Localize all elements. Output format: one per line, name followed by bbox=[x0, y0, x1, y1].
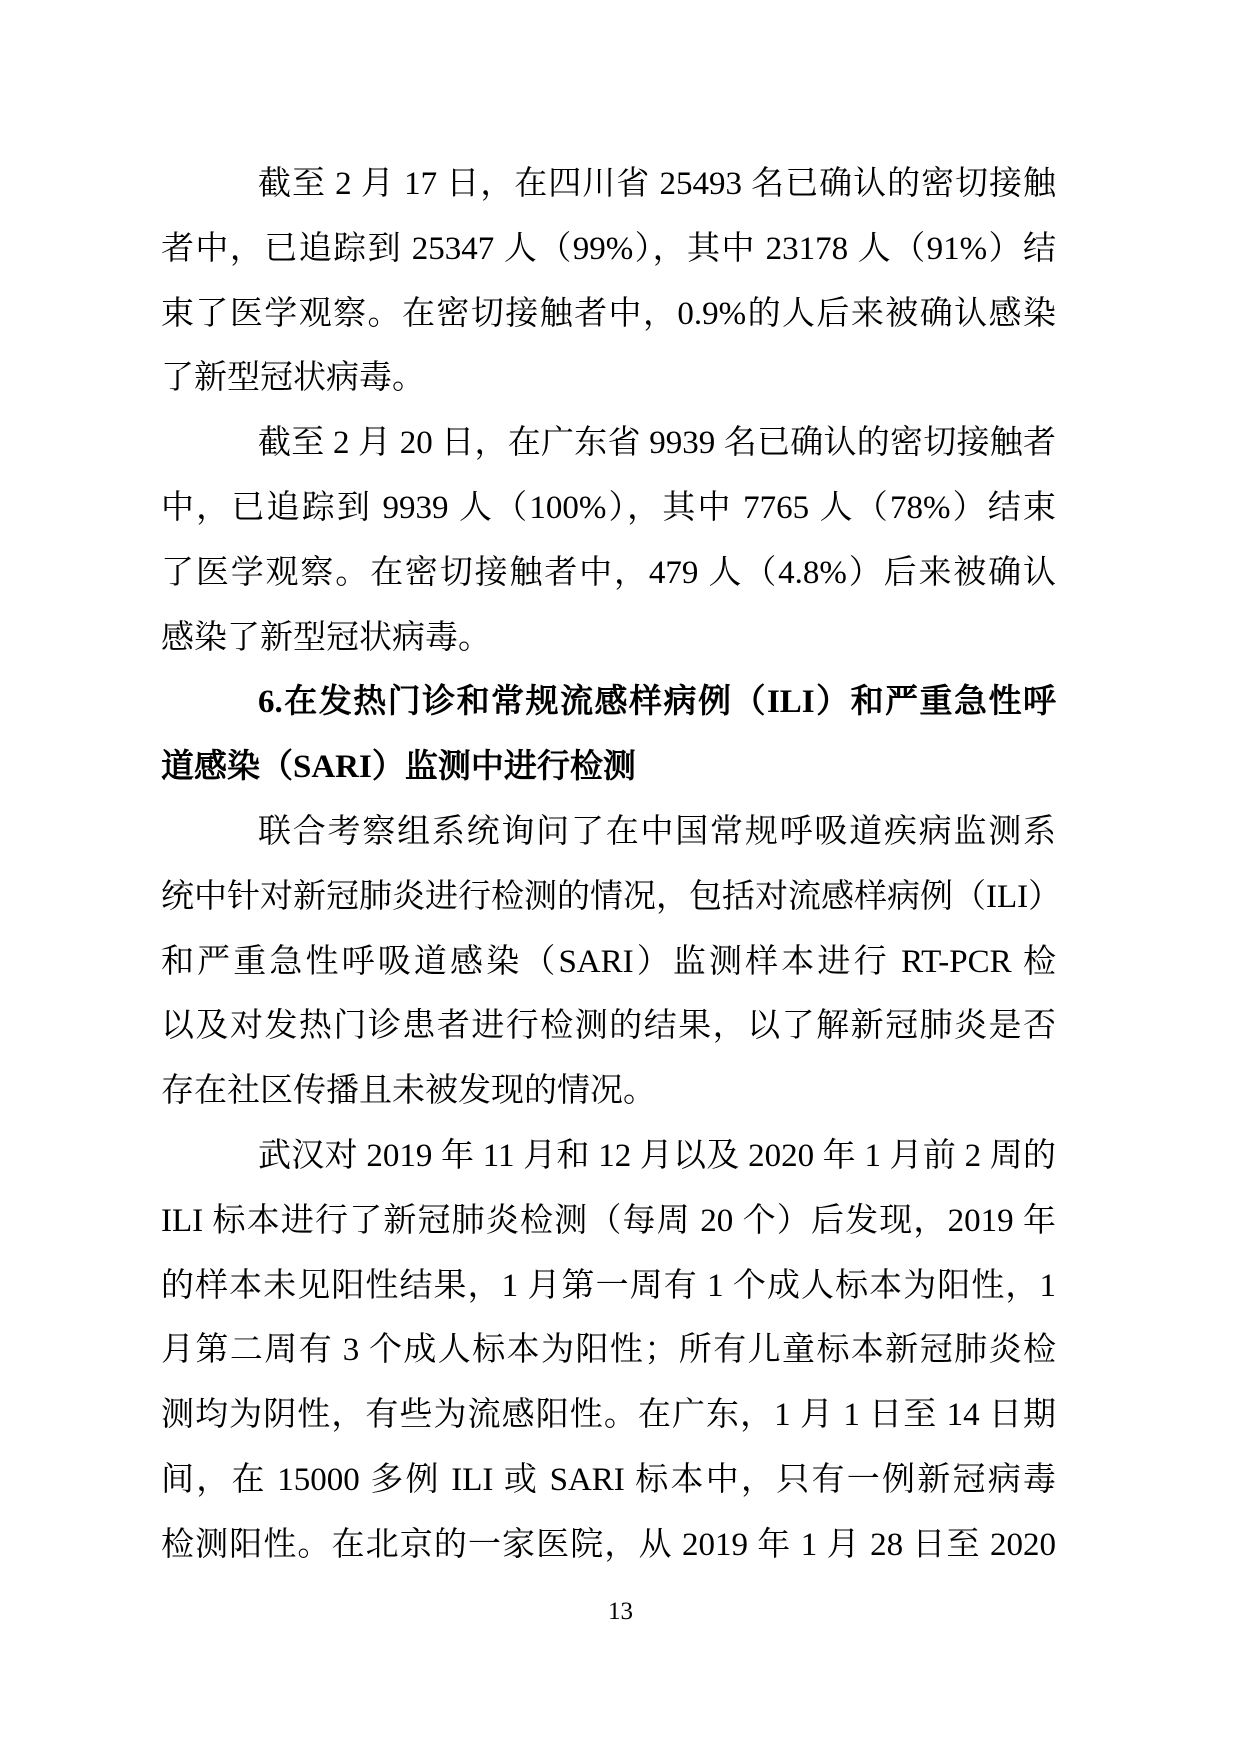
text-line: 存在社区传播且未被发现的情况。 bbox=[161, 1059, 1056, 1124]
paragraph-sichuan-contacts: 截至 2 月 17 日，在四川省 25493 名已确认的密切接触 者中，已追踪到… bbox=[161, 152, 1056, 411]
text-line: 截至 2 月 20 日，在广东省 9939 名已确认的密切接触者 bbox=[161, 411, 1056, 476]
text-line: 中，已追踪到 9939 人（100%），其中 7765 人（78%）结束 bbox=[161, 476, 1056, 541]
text-line: 检测阳性。在北京的一家医院，从 2019 年 1 月 28 日至 2020 bbox=[161, 1513, 1056, 1578]
text-line: 以及对发热门诊患者进行检测的结果，以了解新冠肺炎是否 bbox=[161, 994, 1056, 1059]
text-line: 联合考察组系统询问了在中国常规呼吸道疾病监测系 bbox=[161, 800, 1056, 865]
text-line: 的样本未见阳性结果，1 月第一周有 1 个成人标本为阳性，1 bbox=[161, 1254, 1056, 1319]
page-body-text: 截至 2 月 17 日，在四川省 25493 名已确认的密切接触 者中，已追踪到… bbox=[161, 152, 1056, 1578]
text-line: 截至 2 月 17 日，在四川省 25493 名已确认的密切接触 bbox=[161, 152, 1056, 217]
document-page: 截至 2 月 17 日，在四川省 25493 名已确认的密切接触 者中，已追踪到… bbox=[0, 0, 1241, 1754]
text-line: 了新型冠状病毒。 bbox=[161, 346, 1056, 411]
text-line: 感染了新型冠状病毒。 bbox=[161, 606, 1056, 671]
text-line: 月第二周有 3 个成人标本为阳性；所有儿童标本新冠肺炎检 bbox=[161, 1318, 1056, 1383]
text-line: 和严重急性呼吸道感染（SARI）监测样本进行 RT-PCR 检测， bbox=[161, 930, 1056, 995]
paragraph-ili-testing-results: 武汉对 2019 年 11 月和 12 月以及 2020 年 1 月前 2 周的… bbox=[161, 1124, 1056, 1578]
heading-line: 6.在发热门诊和常规流感样病例（ILI）和严重急性呼吸 bbox=[161, 670, 1056, 735]
text-line: 统中针对新冠肺炎进行检测的情况，包括对流感样病例（ILI） bbox=[161, 865, 1056, 930]
paragraph-guangdong-contacts: 截至 2 月 20 日，在广东省 9939 名已确认的密切接触者 中，已追踪到 … bbox=[161, 411, 1056, 670]
text-line: ILI 标本进行了新冠肺炎检测（每周 20 个）后发现，2019 年 bbox=[161, 1189, 1056, 1254]
heading-line: 道感染（SARI）监测中进行检测 bbox=[161, 735, 1056, 800]
text-line: 者中，已追踪到 25347 人（99%），其中 23178 人（91%）结 bbox=[161, 217, 1056, 282]
text-line: 了医学观察。在密切接触者中，479 人（4.8%）后来被确认 bbox=[161, 541, 1056, 606]
section-heading-6: 6.在发热门诊和常规流感样病例（ILI）和严重急性呼吸 道感染（SARI）监测中… bbox=[161, 670, 1056, 800]
page-number: 13 bbox=[0, 1597, 1241, 1627]
text-line: 束了医学观察。在密切接触者中，0.9%的人后来被确认感染 bbox=[161, 282, 1056, 347]
paragraph-surveillance-intro: 联合考察组系统询问了在中国常规呼吸道疾病监测系 统中针对新冠肺炎进行检测的情况，… bbox=[161, 800, 1056, 1124]
text-line: 武汉对 2019 年 11 月和 12 月以及 2020 年 1 月前 2 周的 bbox=[161, 1124, 1056, 1189]
text-line: 间，在 15000 多例 ILI 或 SARI 标本中，只有一例新冠病毒 bbox=[161, 1448, 1056, 1513]
text-line: 测均为阴性，有些为流感阳性。在广东，1 月 1 日至 14 日期 bbox=[161, 1383, 1056, 1448]
